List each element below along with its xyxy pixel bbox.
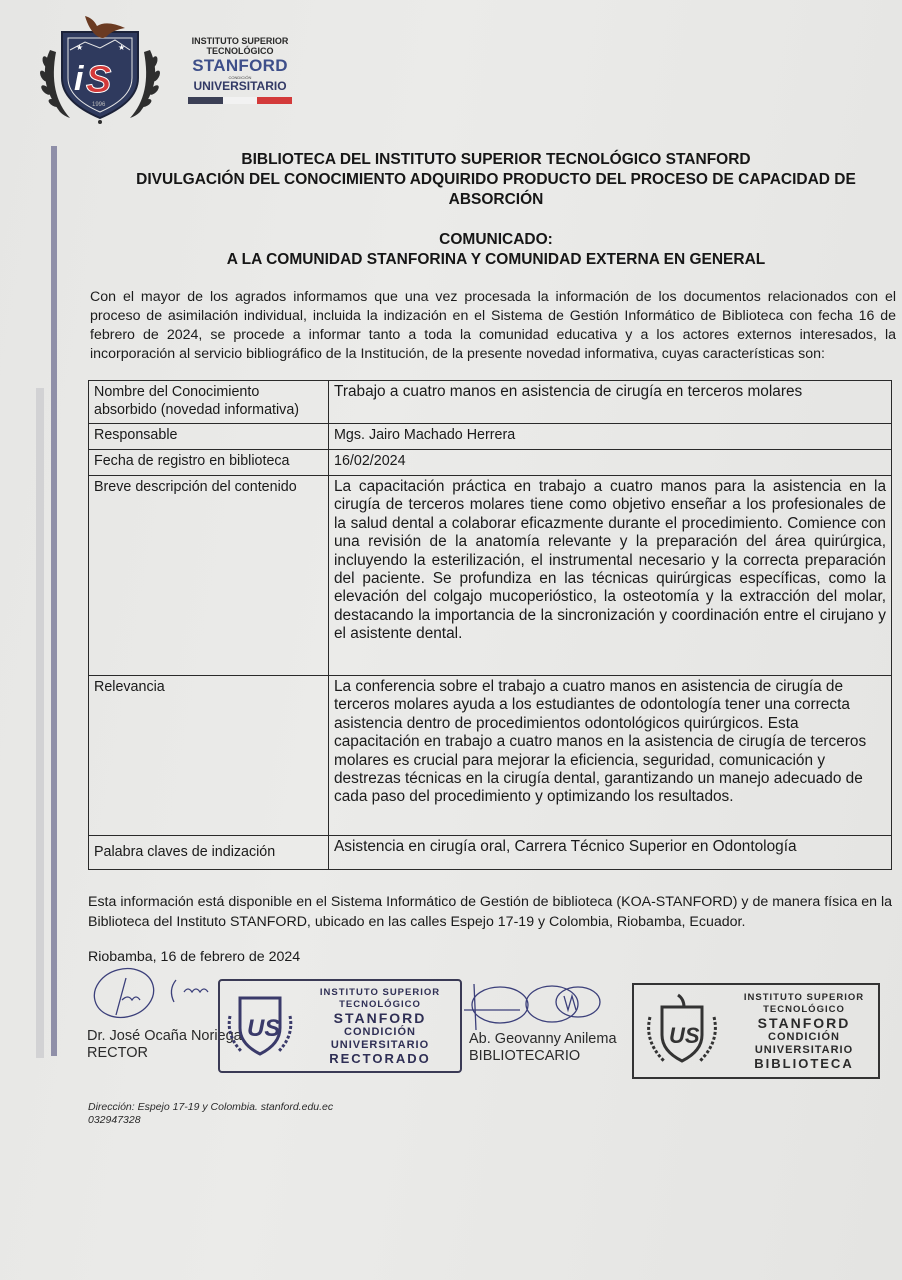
logo-line-1: INSTITUTO SUPERIOR bbox=[188, 36, 292, 46]
row-value: Asistencia en cirugía oral, Carrera Técn… bbox=[329, 836, 892, 870]
svg-text:★: ★ bbox=[118, 43, 125, 52]
margin-bar bbox=[51, 146, 57, 1056]
title-line-3: ABSORCIÓN bbox=[90, 190, 902, 210]
svg-text:US: US bbox=[247, 1015, 280, 1042]
stamp-line: CONDICIÓN bbox=[730, 1031, 878, 1044]
availability-paragraph: Esta información está disponible en el S… bbox=[88, 892, 898, 932]
institute-name: INSTITUTO SUPERIOR TECNOLÓGICO STANFORD … bbox=[188, 36, 292, 104]
row-key: Nombre del Conocimiento absorbido (noved… bbox=[89, 381, 329, 424]
stamp-line: UNIVERSITARIO bbox=[730, 1044, 878, 1057]
stamp-line: BIBLIOTECA bbox=[730, 1057, 878, 1071]
logo-universitario: UNIVERSITARIO bbox=[188, 80, 292, 93]
librarian-signature-block: Ab. Geovanny Anilema BIBLIOTECARIO bbox=[469, 1031, 617, 1065]
biblioteca-stamp: US INSTITUTO SUPERIOR TECNOLÓGICO STANFO… bbox=[632, 983, 880, 1079]
title-line-1: BIBLIOTECA DEL INSTITUTO SUPERIOR TECNOL… bbox=[90, 150, 902, 170]
table-row: Fecha de registro en biblioteca 16/02/20… bbox=[89, 450, 892, 476]
table-row: Palabra claves de indización Asistencia … bbox=[89, 836, 892, 870]
svg-text:i: i bbox=[74, 60, 85, 98]
info-table: Nombre del Conocimiento absorbido (noved… bbox=[88, 380, 892, 870]
margin-shadow bbox=[36, 388, 44, 1058]
stamp-text: INSTITUTO SUPERIOR TECNOLÓGICO STANFORD … bbox=[300, 987, 460, 1066]
table-row: Breve descripción del contenido La capac… bbox=[89, 476, 892, 676]
footer-phone: 032947328 bbox=[88, 1114, 333, 1127]
row-value: La conferencia sobre el trabajo a cuatro… bbox=[329, 676, 892, 836]
stamp-line: INSTITUTO SUPERIOR bbox=[300, 987, 460, 999]
row-value: 16/02/2024 bbox=[329, 450, 892, 476]
table-row: Nombre del Conocimiento absorbido (noved… bbox=[89, 381, 892, 424]
footer-contact: Dirección: Espejo 17-19 y Colombia. stan… bbox=[88, 1101, 333, 1127]
intro-paragraph: Con el mayor de los agrados informamos q… bbox=[90, 288, 896, 364]
svg-text:S: S bbox=[86, 59, 111, 101]
comunicado-label: COMUNICADO: bbox=[90, 230, 902, 250]
row-key: Relevancia bbox=[89, 676, 329, 836]
svg-text:★: ★ bbox=[76, 43, 83, 52]
row-value: Trabajo a cuatro manos en asistencia de … bbox=[329, 381, 892, 424]
document-title: BIBLIOTECA DEL INSTITUTO SUPERIOR TECNOL… bbox=[90, 150, 902, 210]
row-key: Breve descripción del contenido bbox=[89, 476, 329, 676]
stamp-line: INSTITUTO SUPERIOR bbox=[730, 992, 878, 1004]
stamp-line: CONDICIÓN bbox=[300, 1026, 460, 1039]
communique-heading: COMUNICADO: A LA COMUNIDAD STANFORINA Y … bbox=[90, 230, 902, 270]
row-key: Responsable bbox=[89, 424, 329, 450]
logo-stanford: STANFORD bbox=[188, 57, 292, 75]
row-key: Fecha de registro en biblioteca bbox=[89, 450, 329, 476]
shield-stamp-icon: US bbox=[220, 986, 300, 1066]
stamp-line: TECNOLÓGICO bbox=[730, 1004, 878, 1016]
stamp-line: STANFORD bbox=[300, 1011, 460, 1026]
table-row: Responsable Mgs. Jairo Machado Herrera bbox=[89, 424, 892, 450]
shield-stamp-icon: US bbox=[634, 991, 730, 1071]
row-value: Mgs. Jairo Machado Herrera bbox=[329, 424, 892, 450]
footer-address: Dirección: Espejo 17-19 y Colombia. stan… bbox=[88, 1101, 333, 1114]
librarian-title: BIBLIOTECARIO bbox=[469, 1048, 617, 1065]
audience-label: A LA COMUNIDAD STANFORINA Y COMUNIDAD EX… bbox=[90, 250, 902, 270]
svg-text:US: US bbox=[669, 1023, 700, 1048]
title-line-2: DIVULGACIÓN DEL CONOCIMIENTO ADQUIRIDO P… bbox=[90, 170, 902, 190]
logo-line-2: TECNOLÓGICO bbox=[188, 46, 292, 56]
row-key: Palabra claves de indización bbox=[89, 836, 329, 870]
stamp-text: INSTITUTO SUPERIOR TECNOLÓGICO STANFORD … bbox=[730, 992, 878, 1071]
librarian-name: Ab. Geovanny Anilema bbox=[469, 1031, 617, 1048]
stamp-line: RECTORADO bbox=[300, 1052, 460, 1066]
svg-text:1996: 1996 bbox=[92, 102, 106, 108]
table-row: Relevancia La conferencia sobre el traba… bbox=[89, 676, 892, 836]
stamp-line: TECNOLÓGICO bbox=[300, 999, 460, 1011]
flag-bar bbox=[188, 97, 292, 104]
stamp-line: STANFORD bbox=[730, 1016, 878, 1031]
row-value: La capacitación práctica en trabajo a cu… bbox=[329, 476, 892, 676]
stamp-line: UNIVERSITARIO bbox=[300, 1039, 460, 1052]
institute-logo: ★ ★ i S 1996 bbox=[30, 10, 170, 128]
rectorado-stamp: US INSTITUTO SUPERIOR TECNOLÓGICO STANFO… bbox=[218, 979, 462, 1073]
